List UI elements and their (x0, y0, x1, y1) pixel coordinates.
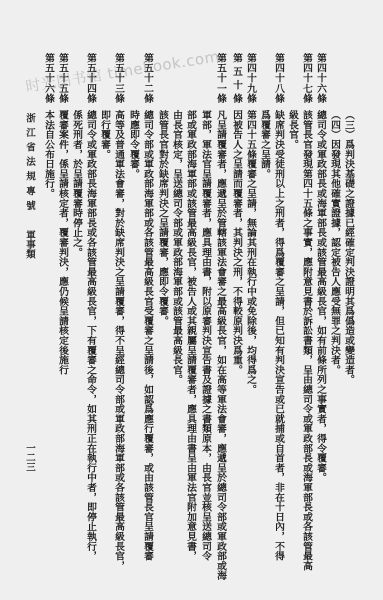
article-49-text: 第四十五條覆審之呈請，無論其刑在執行中或免除後，均得爲之。 (245, 110, 255, 394)
article-50-label: 第五十條 (231, 53, 241, 103)
category-label: 軍事類 (24, 230, 34, 257)
article-51-text-cont: 由長官核定，呈送總司令部或軍政部海軍部或該管最高級長官。 (171, 110, 181, 384)
article-50-text: 因被告人之呈請而覆審者，其判決之刑，不得較原判決爲重。 (231, 110, 241, 375)
article-55-text: 覆審案件，係呈請核定者，覆審判決，應仍候呈請核定後施行 (57, 110, 67, 375)
article-51-text-cont: 該管長官對於缺席判決之呈請覆審，應即令覆審。 (157, 110, 167, 326)
article-47-label: 第四十七條 (301, 53, 311, 103)
article-51-text-cont: 部或軍政部海軍部或該管最高級長官，被告人或其親屬呈請覆審者，應具理由書呈由軍法官… (185, 110, 195, 561)
article-52-text-cont: 時應即令覆審。 (128, 110, 138, 179)
publication-title: 浙江省法規專號 (24, 113, 34, 210)
page-number: 一二三 (24, 443, 34, 470)
article-48-text-cont: 爲覆審之呈請。 (259, 110, 269, 179)
article-53-text-cont: 即行覆審。 (99, 110, 109, 159)
article-47-text-cont: 級長官。 (287, 110, 297, 149)
article-48-text: 缺席判決受徒刑以上之刑者，得爲覆審之呈請，但已知有判決宣告或已就捕或自首者，非在… (273, 110, 283, 561)
article-46-label: 第四十六條 (315, 53, 325, 103)
article-49-label: 第四十九條 (245, 53, 255, 103)
article-46-text: 總司令或軍政部長或海軍部長或該管最高級長官，如有前條所列之事實者，得令覆審。 (315, 110, 325, 482)
article-53-text: 高等及普通軍法會審，對於缺席判決之呈請覆審，得不呈經總司令部或軍政部海軍部或各該… (113, 110, 123, 571)
article-51-text: 凡呈請覆審者，應遞呈於管轄該軍法會審之最高級長官，如在高等軍法會審，應遞呈於總司… (215, 110, 225, 580)
article-54-text: 總司令或軍政部長海軍部長或各該管最高級長官，下有覆審之命令，如其刑正在執行中者，… (85, 110, 95, 561)
continued-clause-3: （三）爲判決基礎之證據已經確定判決證明其爲僞造或變造者。 (343, 110, 353, 384)
article-47-text: 該管長官發現第四十五條之事實，應附意見書於訴訟書類，呈由總司令或軍政部長或海軍部… (301, 110, 311, 571)
article-51-text-cont: 軍部，軍法官呈請覆審者，應具理由書，附以原審判決宣告書及證據之書類原本，由長官並… (200, 110, 210, 561)
continued-clause-4: （四）因發現其他確實證據，認定被告人應受無罪之判決者。 (329, 110, 339, 375)
article-56-text: 本法自公布日施行。 (43, 110, 53, 198)
article-48-label: 第四十八條 (273, 53, 283, 103)
article-54-text-cont: 係死刑者，於呈請覆審時停止之。 (71, 110, 81, 257)
scanned-page: 第四十六條 第四十七條 第四十八條 第四十九條 第五十條 第五十一條 第五十二條… (0, 0, 383, 600)
article-52-text: 總司令部或軍政部海軍部或各該管最高級長官受覆審之呈請後，如認爲應行覆審，或由該管… (142, 110, 152, 561)
